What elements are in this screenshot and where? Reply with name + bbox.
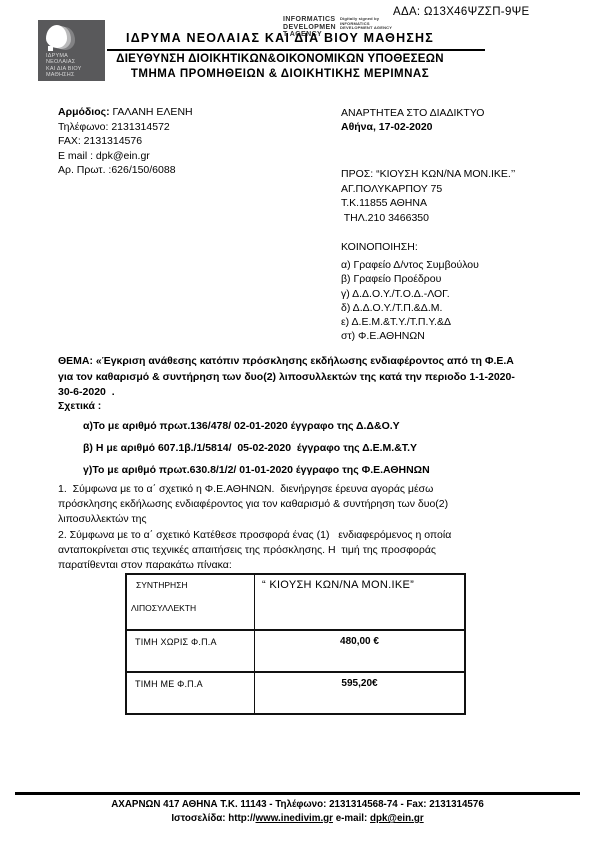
footer-links: Ιστοσελίδα: http://www.inedivim.gr e-mai… [0, 813, 595, 824]
contact-block: Αρμόδιος: ΓΑΛΑΝΗ ΕΛΕΝΗ Τηλέφωνο: 2131314… [58, 105, 193, 178]
cc-title: ΚΟΙΝΟΠΟΙΗΣΗ: [341, 240, 479, 254]
table-header-item: ΣΥΝΤΗΡΗΣΗ ΛΙΠΟΣΥΛΛΕΚΤΗ [127, 575, 255, 629]
related-item: β) Η με αριθμό 607.1β./1/5814/ 05-02-202… [83, 441, 430, 456]
contact-fax: FAX: 2131314576 [58, 134, 193, 149]
cc-block: ΚΟΙΝΟΠΟΙΗΣΗ: α) Γραφείο Δ/ντος Συμβούλου… [341, 240, 479, 343]
document-date: Αθήνα, 17-02-2020 [341, 121, 433, 133]
table-row: ΤΙΜΗ ΜΕ Φ.Π.Α 595,20€ [127, 671, 464, 713]
footer-address: ΑΧΑΡΝΩΝ 417 ΑΘΗΝΑ Τ.Κ. 11143 - Τηλέφωνο:… [0, 799, 595, 810]
stamp-signature-details: Digitally signed by INFORMATICS DEVELOPM… [340, 16, 392, 39]
related-documents-list: α)Το με αριθμό πρωτ.136/478/ 02-01-2020 … [83, 419, 430, 485]
price-incl-vat-value: 595,20€ [255, 673, 464, 713]
footer-divider [15, 792, 580, 795]
subject-line: 30-6-2020 . [58, 385, 515, 401]
logo-bubble-icon [46, 25, 67, 48]
cc-item: β) Γραφείο Προέδρου [341, 272, 479, 286]
ada-code: ΑΔΑ: Ω13Χ46ΨΖΣΠ-9ΨΕ [393, 6, 530, 18]
recipient-line: ΑΓ.ΠΟΛΥΚΑΡΠΟΥ 75 [341, 182, 515, 197]
related-item: α)Το με αριθμό πρωτ.136/478/ 02-01-2020 … [83, 419, 430, 434]
offer-table: ΣΥΝΤΗΡΗΣΗ ΛΙΠΟΣΥΛΛΕΚΤΗ “ ΚΙΟΥΣΗ ΚΩΝ/ΝΑ Μ… [125, 573, 466, 715]
contact-email: E mail : dpk@ein.gr [58, 149, 193, 164]
recipient-line: ΤΗΛ.210 3466350 [341, 211, 515, 226]
cc-item: α) Γραφείο Δ/ντος Συμβούλου [341, 258, 479, 272]
document-page: { "ada": "ΑΔΑ: Ω13Χ46ΨΖΣΠ-9ΨΕ", "logo": … [0, 0, 595, 842]
table-row: ΤΙΜΗ ΧΩΡΙΣ Φ.Π.Α 480,00 € [127, 629, 464, 671]
anartitea-label: ΑΝΑΡΤΗΤΕΑ ΣΤΟ ΔΙΑΔΙΚΤΥΟ [341, 107, 484, 119]
cc-item: ε) Δ.Ε.Μ.&Τ.Υ./Τ.Π.Υ.&Δ [341, 315, 479, 329]
logo-bubble-tail-icon [48, 46, 53, 51]
table-row: ΣΥΝΤΗΡΗΣΗ ΛΙΠΟΣΥΛΛΕΚΤΗ “ ΚΙΟΥΣΗ ΚΩΝ/ΝΑ Μ… [127, 575, 464, 629]
body-line: λιποσυλλεκτών της [58, 512, 451, 527]
body-line: 1. Σύμφωνα με το α΄ σχετικό η Φ.Ε.ΑΘΗΝΩΝ… [58, 482, 451, 497]
contact-person: Αρμόδιος: ΓΑΛΑΝΗ ΕΛΕΝΗ [58, 105, 193, 120]
related-documents-label: Σχετικά : [58, 400, 101, 412]
recipient-line: Τ.Κ.11855 ΑΘΗΝΑ [341, 196, 515, 211]
email-link[interactable]: dpk@ein.gr [370, 813, 424, 824]
footer-email-label: e-mail: [333, 813, 370, 824]
website-link[interactable]: www.inedivim.gr [256, 813, 333, 824]
directorate-title: ΔΙΕΥΘΥΝΣΗ ΔΙΟΙΚΗΤΙΚΩΝ&ΟΙΚΟΝΟΜΙΚΩΝ ΥΠΟΘΕΣ… [70, 53, 490, 65]
price-excl-vat-label: ΤΙΜΗ ΧΩΡΙΣ Φ.Π.Α [127, 631, 255, 671]
cc-item: στ) Φ.Ε.ΑΘΗΝΩΝ [341, 329, 479, 343]
organization-title: ΙΔΡΥΜΑ ΝΕΟΛΑΙΑΣ ΚΑΙ ΔΙΑ ΒΙΟΥ ΜΑΘΗΣΗΣ [70, 31, 490, 45]
table-header-bidder: “ ΚΙΟΥΣΗ ΚΩΝ/ΝΑ ΜΟΝ.ΙΚΕ” [255, 575, 464, 629]
related-item: γ)Το με αριθμό πρωτ.630.8/1/2/ 01-01-202… [83, 463, 430, 478]
contact-phone: Τηλέφωνο: 2131314572 [58, 120, 193, 135]
cc-item: δ) Δ.Δ.Ο.Υ./Τ.Π.&Δ.Μ. [341, 301, 479, 315]
body-paragraphs: 1. Σύμφωνα με το α΄ σχετικό η Φ.Ε.ΑΘΗΝΩΝ… [58, 482, 451, 573]
protocol-number: Αρ. Πρωτ. :626/150/6088 [58, 163, 193, 178]
body-line: 2. Σύμφωνα με το α΄ σχετικό Κατέθεσε προ… [58, 528, 451, 543]
price-excl-vat-value: 480,00 € [255, 631, 464, 671]
subject-paragraph: ΘΕΜΑ: «Έγκριση ανάθεσης κατόπιν πρόσκλησ… [58, 354, 515, 401]
body-line: ανταποκρίνεται στις τεχνικές απαιτήσεις … [58, 543, 451, 558]
recipient-line: ΠΡΟΣ: “ΚΙΟΥΣΗ ΚΩΝ/ΝΑ ΜΟΝ.ΙΚΕ.’’ [341, 167, 515, 182]
header-divider [107, 49, 485, 51]
stamp-agency-name: INFORMATICS DEVELOPMEN T AGENCY [283, 16, 336, 39]
department-title: ΤΜΗΜΑ ΠΡΟΜΗΘΕΙΩΝ & ΔΙΟΙΚΗΤΙΚΗΣ ΜΕΡΙΜΝΑΣ [70, 68, 490, 80]
cc-item: γ) Δ.Δ.Ο.Υ./Τ.Ο.Δ.-ΛΟΓ. [341, 287, 479, 301]
recipient-block: ΠΡΟΣ: “ΚΙΟΥΣΗ ΚΩΝ/ΝΑ ΜΟΝ.ΙΚΕ.’’ ΑΓ.ΠΟΛΥΚ… [341, 167, 515, 225]
subject-line: για τον καθαρισμό & συντήρηση των δυο(2)… [58, 370, 515, 386]
body-line: πρόσκλησης εκδήλωσης ενδιαφέροντος για τ… [58, 497, 451, 512]
digital-signature-stamp: INFORMATICS DEVELOPMEN T AGENCY Digitall… [283, 16, 392, 39]
footer-website-label: Ιστοσελίδα: http:// [171, 813, 255, 824]
subject-line: ΘΕΜΑ: «Έγκριση ανάθεσης κατόπιν πρόσκλησ… [58, 354, 515, 370]
price-incl-vat-label: ΤΙΜΗ ΜΕ Φ.Π.Α [127, 673, 255, 713]
body-line: παρατίθενται στον παρακάτω πίνακα: [58, 558, 451, 573]
